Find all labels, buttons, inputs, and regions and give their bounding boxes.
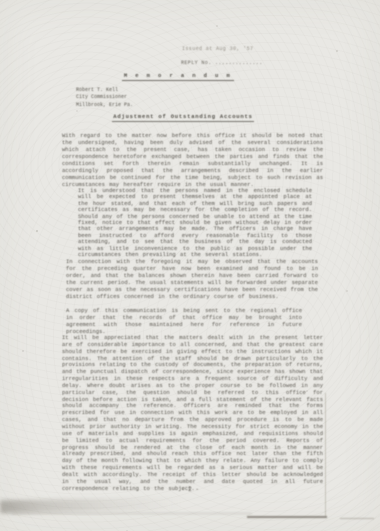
scan-artifact-page-edge-line	[247, 516, 327, 518]
letter-heading-text: M e m o r a n d u m	[122, 72, 234, 81]
recipient-location: Millbrook, Erie Pa.	[76, 102, 196, 109]
body-paragraph-5: It will be appreciated that the matters …	[62, 335, 323, 492]
body-paragraph-2-indented: It is understood that the persons named …	[78, 188, 312, 258]
scan-artifact-fold-line	[325, 393, 326, 517]
subject-line-text: Adjustment of Outstanding Accounts	[112, 113, 253, 122]
scan-artifact-edge-dash	[340, 518, 374, 519]
reference-line: REPLY No. ..............	[181, 60, 291, 66]
body-paragraph-1: With regard to the matter now before thi…	[62, 132, 323, 188]
subject-line: Adjustment of Outstanding Accounts	[0, 113, 380, 122]
recipient-address-block: Robert T. Kell City Commissioner Millbro…	[76, 87, 196, 109]
scan-artifact-faint-edge	[12, 513, 252, 514]
body-paragraph-4: A copy of this communication is being se…	[66, 307, 302, 335]
recipient-title: City Commissioner	[76, 94, 196, 101]
scan-artifact-bottom-smudge	[0, 498, 190, 514]
recipient-name: Robert T. Kell	[76, 87, 196, 94]
scanned-letter-page: Issued at Aug 30, '57 REPLY No. ........…	[0, 0, 380, 531]
body-paragraph-3: In connection with the foregoing it may …	[66, 258, 318, 300]
scan-artifact-speckles	[36, 230, 38, 232]
page-number: - 2 -	[0, 486, 380, 493]
letter-heading: M e m o r a n d u m	[0, 72, 380, 81]
date-line: Issued at Aug 30, '57	[182, 46, 274, 52]
